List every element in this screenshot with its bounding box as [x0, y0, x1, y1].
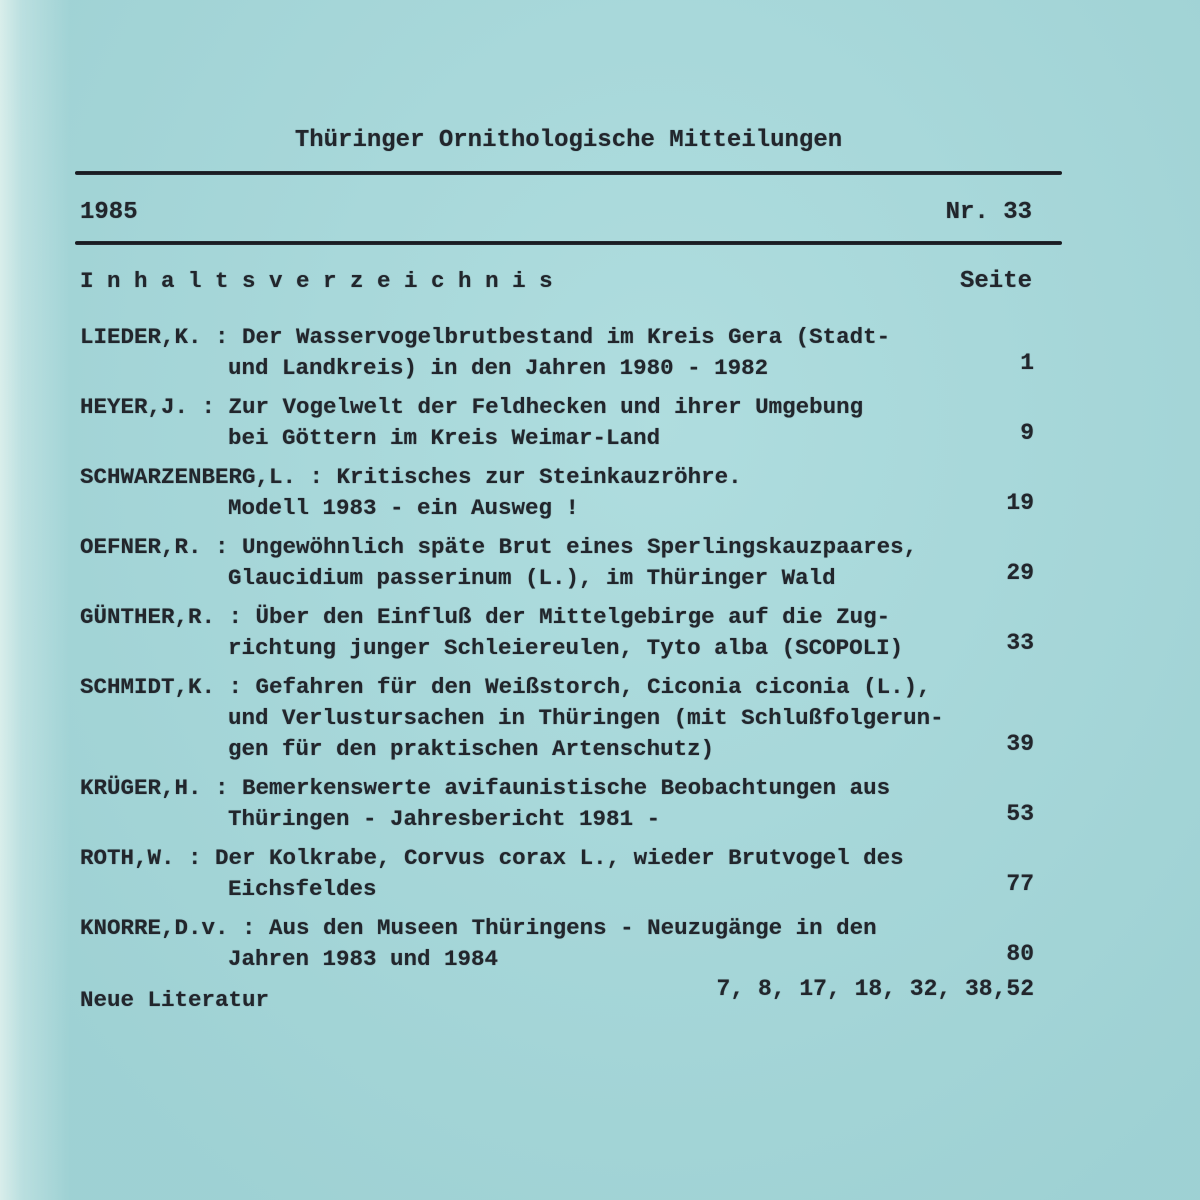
- entry-page-number: 7, 8, 17, 18, 32, 38,52: [705, 974, 1034, 1005]
- toc-entry-line: SCHMIDT,K. : Gefahren für den Weißstorch…: [80, 672, 1034, 703]
- toc-entry: ROTH,W. : Der Kolkrabe, Corvus corax L.,…: [80, 843, 1034, 905]
- entry-text: Thüringen - Jahresbericht 1981 -: [80, 804, 660, 835]
- entry-page-number: 80: [994, 939, 1034, 970]
- toc-entry: KNORRE,D.v. : Aus den Museen Thüringens …: [80, 913, 1034, 975]
- toc-entry-line: KRÜGER,H. : Bemerkenswerte avifaunistisc…: [80, 773, 1034, 804]
- entry-page-number: 19: [994, 488, 1034, 519]
- entry-text: gen für den praktischen Artenschutz): [80, 734, 714, 765]
- toc-entry-line: Eichsfeldes77: [80, 874, 1034, 905]
- entry-page-number: 53: [994, 799, 1034, 830]
- toc-entry-line: Jahren 1983 und 198480: [80, 944, 1034, 975]
- entry-text: bei Göttern im Kreis Weimar-Land: [80, 423, 660, 454]
- entry-text: richtung junger Schleiereulen, Tyto alba…: [80, 633, 903, 664]
- toc-entry-line: Neue Literatur7, 8, 17, 18, 32, 38,52: [80, 985, 1034, 1016]
- toc-entry-line: bei Göttern im Kreis Weimar-Land9: [80, 423, 1034, 454]
- entry-text: Modell 1983 - ein Ausweg !: [80, 493, 579, 524]
- horizontal-rule-bottom: [75, 241, 1062, 245]
- publication-year: 1985: [80, 198, 138, 228]
- toc-entry-line: richtung junger Schleiereulen, Tyto alba…: [80, 633, 1034, 664]
- toc-entry-line: und Verlustursachen in Thüringen (mit Sc…: [80, 703, 1034, 734]
- entry-page-number: 29: [994, 558, 1034, 589]
- entry-text: und Verlustursachen in Thüringen (mit Sc…: [80, 703, 944, 734]
- entry-text: KRÜGER,H. : Bemerkenswerte avifaunistisc…: [80, 773, 890, 804]
- toc-header-row: I n h a l t s v e r z e i c h n i s Seit…: [75, 266, 1062, 297]
- horizontal-rule-top: [75, 171, 1062, 175]
- entry-text: LIEDER,K. : Der Wasservogelbrutbestand i…: [80, 322, 890, 353]
- entry-text: KNORRE,D.v. : Aus den Museen Thüringens …: [80, 913, 877, 944]
- toc-entry-line: LIEDER,K. : Der Wasservogelbrutbestand i…: [80, 322, 1034, 353]
- toc-entry: SCHMIDT,K. : Gefahren für den Weißstorch…: [80, 672, 1034, 765]
- entry-text: und Landkreis) in den Jahren 1980 - 1982: [80, 353, 768, 384]
- entry-page-number: 39: [994, 729, 1034, 760]
- toc-entry: Neue Literatur7, 8, 17, 18, 32, 38,52: [80, 985, 1034, 1016]
- entry-text: GÜNTHER,R. : Über den Einfluß der Mittel…: [80, 602, 890, 633]
- toc-entry-line: SCHWARZENBERG,L. : Kritisches zur Steink…: [80, 462, 1034, 493]
- entry-text: Neue Literatur: [80, 985, 269, 1016]
- toc-entry-line: HEYER,J. : Zur Vogelwelt der Feldhecken …: [80, 392, 1034, 423]
- toc-entry: SCHWARZENBERG,L. : Kritisches zur Steink…: [80, 462, 1034, 524]
- entry-page-number: 9: [1008, 418, 1034, 449]
- toc-entry-line: Thüringen - Jahresbericht 1981 -53: [80, 804, 1034, 835]
- journal-title: Thüringer Ornithologische Mitteilungen: [75, 126, 1062, 156]
- entry-text: OEFNER,R. : Ungewöhnlich späte Brut eine…: [80, 532, 917, 563]
- toc-entry-line: gen für den praktischen Artenschutz)39: [80, 734, 1034, 765]
- toc-entry: KRÜGER,H. : Bemerkenswerte avifaunistisc…: [80, 773, 1034, 835]
- toc-entry-line: GÜNTHER,R. : Über den Einfluß der Mittel…: [80, 602, 1034, 633]
- toc-heading: I n h a l t s v e r z e i c h n i s: [80, 266, 553, 296]
- toc-entry-line: Modell 1983 - ein Ausweg !19: [80, 493, 1034, 524]
- toc-entry-line: OEFNER,R. : Ungewöhnlich späte Brut eine…: [80, 532, 1034, 563]
- toc-entry-line: und Landkreis) in den Jahren 1980 - 1982…: [80, 353, 1034, 384]
- entry-text: Jahren 1983 und 1984: [80, 944, 498, 975]
- entry-text: Eichsfeldes: [80, 874, 377, 905]
- entry-text: SCHWARZENBERG,L. : Kritisches zur Steink…: [80, 462, 742, 493]
- toc-entry-line: KNORRE,D.v. : Aus den Museen Thüringens …: [80, 913, 1034, 944]
- masthead-row: 1985 Nr. 33: [75, 198, 1062, 228]
- toc-entries: LIEDER,K. : Der Wasservogelbrutbestand i…: [75, 322, 1062, 1024]
- scanned-journal-page: Thüringer Ornithologische Mitteilungen 1…: [0, 0, 1200, 1200]
- entry-page-number: 33: [994, 628, 1034, 659]
- toc-entry: GÜNTHER,R. : Über den Einfluß der Mittel…: [80, 602, 1034, 664]
- toc-entry-line: ROTH,W. : Der Kolkrabe, Corvus corax L.,…: [80, 843, 1034, 874]
- issue-number: Nr. 33: [946, 198, 1032, 228]
- entry-text: ROTH,W. : Der Kolkrabe, Corvus corax L.,…: [80, 843, 904, 874]
- toc-entry: LIEDER,K. : Der Wasservogelbrutbestand i…: [80, 322, 1034, 384]
- entry-text: SCHMIDT,K. : Gefahren für den Weißstorch…: [80, 672, 931, 703]
- entry-text: HEYER,J. : Zur Vogelwelt der Feldhecken …: [80, 392, 863, 423]
- toc-entry-line: Glaucidium passerinum (L.), im Thüringer…: [80, 563, 1034, 594]
- page-column-label: Seite: [960, 267, 1032, 297]
- entry-page-number: 1: [1008, 348, 1034, 379]
- entry-page-number: 77: [994, 869, 1034, 900]
- toc-entry: OEFNER,R. : Ungewöhnlich späte Brut eine…: [80, 532, 1034, 594]
- entry-text: Glaucidium passerinum (L.), im Thüringer…: [80, 563, 836, 594]
- toc-entry: HEYER,J. : Zur Vogelwelt der Feldhecken …: [80, 392, 1034, 454]
